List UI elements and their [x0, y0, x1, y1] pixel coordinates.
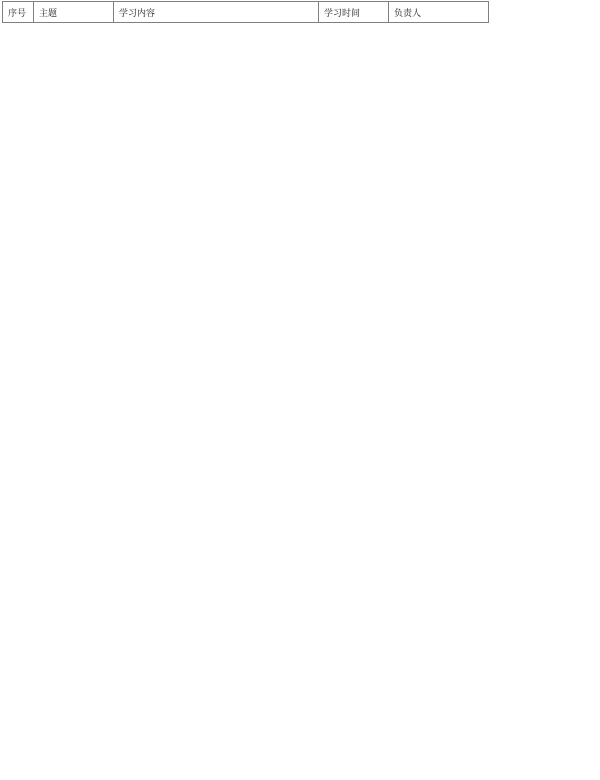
- header-row: 序号 主题 学习内容 学习时间 负责人: [3, 2, 489, 23]
- header-cell-content: 学习内容: [114, 2, 319, 23]
- header-cell-time: 学习时间: [319, 2, 389, 23]
- header-cell-no: 序号: [3, 2, 34, 23]
- document-page: 序号 主题 学习内容 学习时间 负责人: [0, 0, 600, 780]
- study-plan-table: 序号 主题 学习内容 学习时间 负责人: [2, 1, 489, 23]
- header-cell-leaders: 负责人: [389, 2, 489, 23]
- header-cell-theme: 主题: [34, 2, 114, 23]
